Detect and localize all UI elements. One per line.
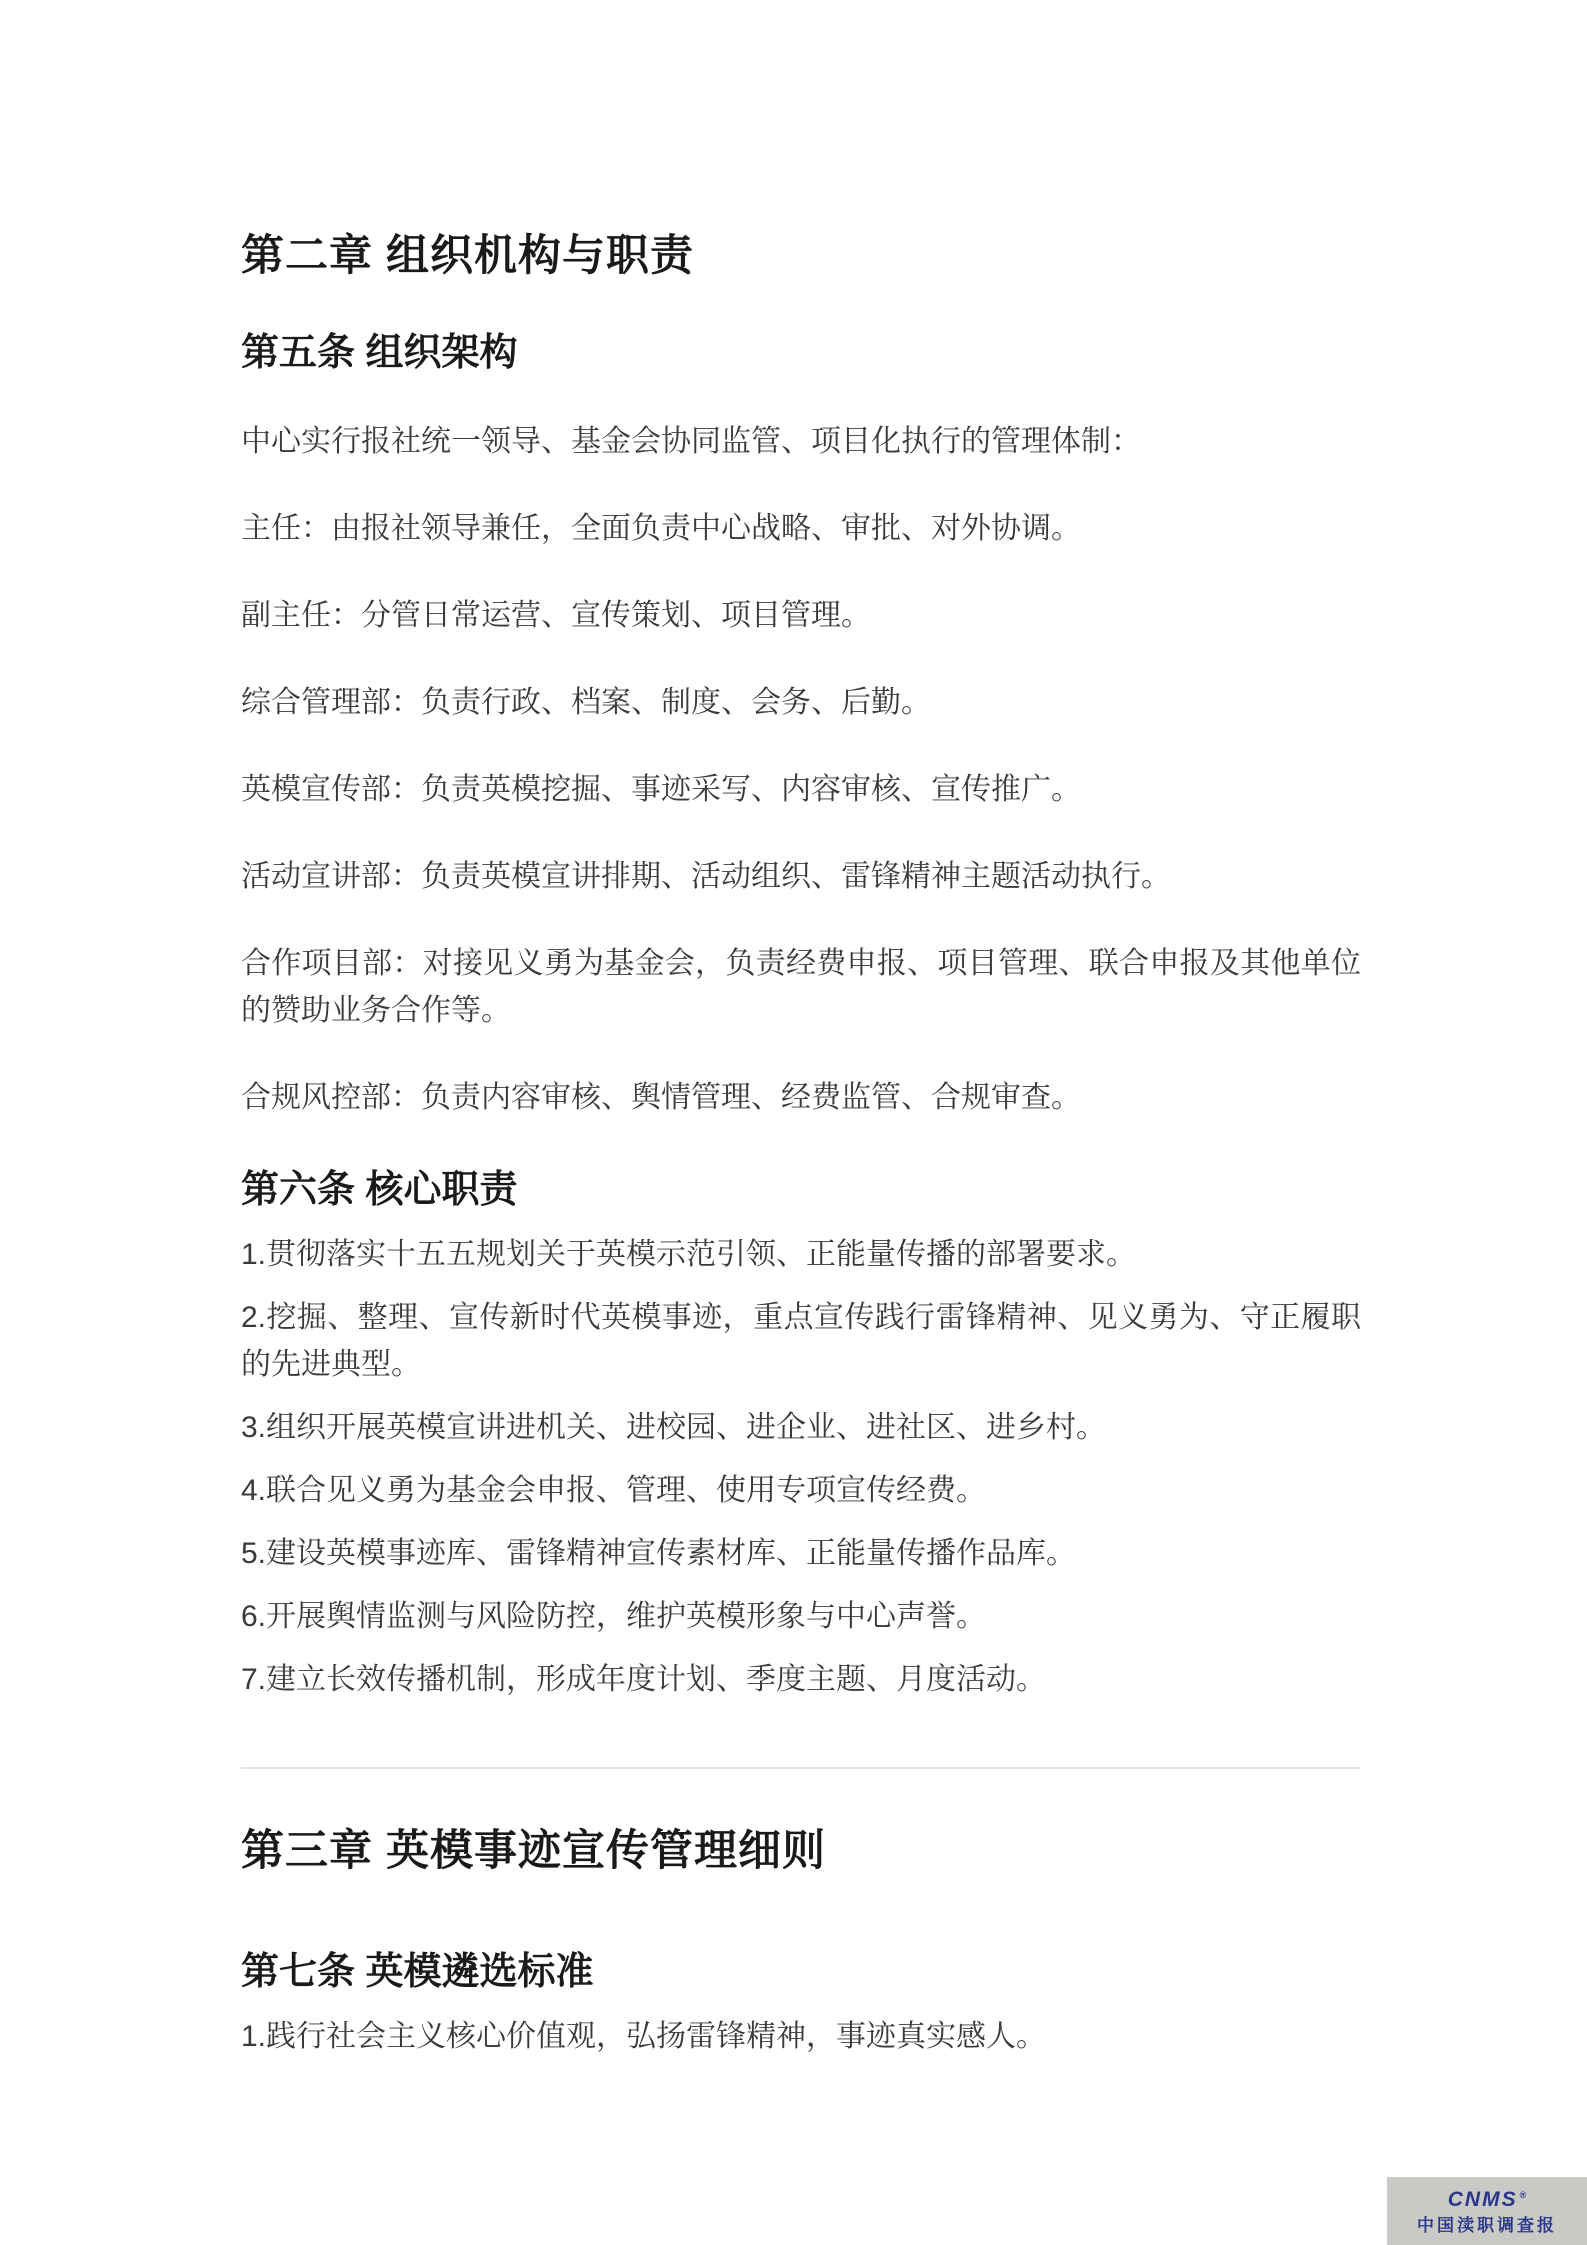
paragraph-cooperation-project-dept: 合作项目部：对接见义勇为基金会，负责经费申报、项目管理、联合申报及其他单位的赞助… — [241, 940, 1361, 1034]
document-content: 第二章 组织机构与职责 第五条 组织架构 中心实行报社统一领导、基金会协同监管、… — [241, 0, 1361, 2060]
duty-list-item-6: 6.开展舆情监测与风险防控，维护英模形象与中心声誉。 — [241, 1593, 1361, 1640]
duty-list-item-7: 7.建立长效传播机制，形成年度计划、季度主题、月度活动。 — [241, 1656, 1361, 1703]
article-5-title: 第五条 组织架构 — [241, 328, 1361, 378]
document-page: 第二章 组织机构与职责 第五条 组织架构 中心实行报社统一领导、基金会协同监管、… — [0, 0, 1587, 2245]
paragraph-deputy-director: 副主任：分管日常运营、宣传策划、项目管理。 — [241, 592, 1361, 639]
paragraph-general-management-dept: 综合管理部：负责行政、档案、制度、会务、后勤。 — [241, 679, 1361, 726]
paragraph-activity-lecture-dept: 活动宣讲部：负责英模宣讲排期、活动组织、雷锋精神主题活动执行。 — [241, 853, 1361, 900]
duty-list-item-2: 2.挖掘、整理、宣传新时代英模事迹，重点宣传践行雷锋精神、见义勇为、守正履职的先… — [241, 1294, 1361, 1388]
duty-list-item-4: 4.联合见义勇为基金会申报、管理、使用专项宣传经费。 — [241, 1467, 1361, 1514]
paragraph-compliance-risk-dept: 合规风控部：负责内容审核、舆情管理、经费监管、合规审查。 — [241, 1074, 1361, 1121]
registered-trademark-icon: ® — [1520, 2190, 1527, 2200]
duty-list-item-3: 3.组织开展英模宣讲进机关、进校园、进企业、进社区、进乡村。 — [241, 1404, 1361, 1451]
cnms-logo-text: CNMS — [1448, 2188, 1518, 2211]
cnms-logo: CNMS® — [1448, 2189, 1526, 2210]
chapter-2-title: 第二章 组织机构与职责 — [241, 228, 1361, 284]
paragraph-director: 主任：由报社领导兼任，全面负责中心战略、审批、对外协调。 — [241, 505, 1361, 552]
section-divider — [241, 1767, 1361, 1769]
paragraph-management-system: 中心实行报社统一领导、基金会协同监管、项目化执行的管理体制： — [241, 418, 1361, 465]
selection-criteria-item-1: 1.践行社会主义核心价值观，弘扬雷锋精神，事迹真实感人。 — [241, 2013, 1361, 2060]
article-7-title: 第七条 英模遴选标准 — [241, 1947, 1361, 1997]
chapter-3-title: 第三章 英模事迹宣传管理细则 — [241, 1823, 1361, 1879]
watermark-badge: CNMS® 中国渎职调查报 — [1387, 2177, 1587, 2245]
article-6-title: 第六条 核心职责 — [241, 1165, 1361, 1215]
paragraph-hero-publicity-dept: 英模宣传部：负责英模挖掘、事迹采写、内容审核、宣传推广。 — [241, 766, 1361, 813]
watermark-subtitle: 中国渎职调查报 — [1417, 2217, 1557, 2234]
duty-list-item-5: 5.建设英模事迹库、雷锋精神宣传素材库、正能量传播作品库。 — [241, 1530, 1361, 1577]
duty-list-item-1: 1.贯彻落实十五五规划关于英模示范引领、正能量传播的部署要求。 — [241, 1231, 1361, 1278]
